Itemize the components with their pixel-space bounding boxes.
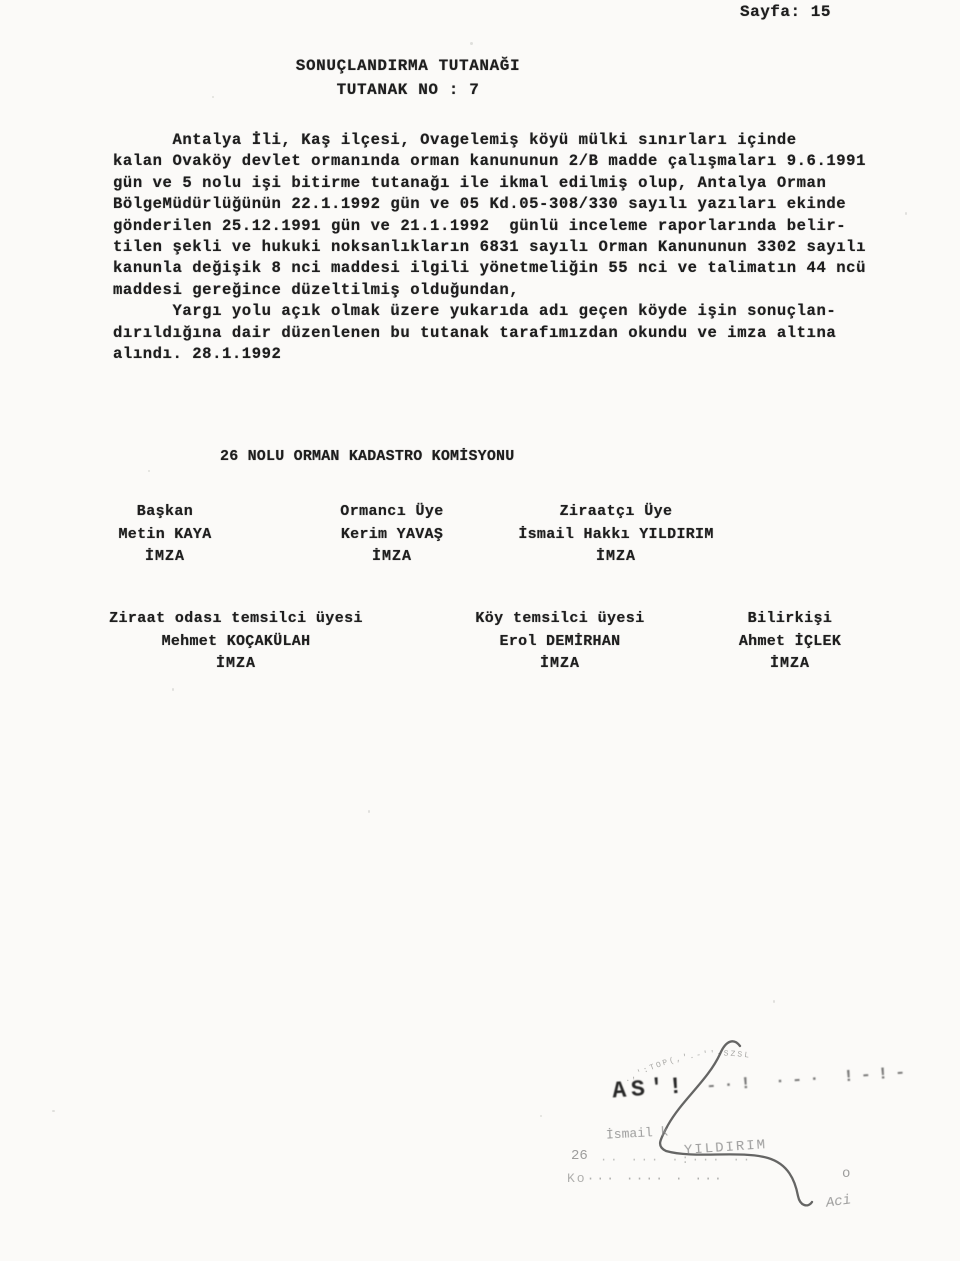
scan-noise-speck xyxy=(52,1110,55,1112)
scan-noise-speck xyxy=(148,470,150,472)
signer-block-bilirkisi: Bilirkişi Ahmet İÇLEK İMZA xyxy=(739,608,841,676)
signer-role: Başkan xyxy=(118,501,211,524)
scan-noise-speck xyxy=(905,212,907,215)
signer-name: Kerim YAVAŞ xyxy=(340,524,443,547)
stamp-o-fragment: o xyxy=(842,1166,850,1182)
document-title: SONUÇLANDIRMA TUTANAĞI xyxy=(258,54,558,78)
commission-heading: 26 NOLU ORMAN KADASTRO KOMİSYONU xyxy=(220,448,514,465)
signer-block-baskan: Başkan Metin KAYA İMZA xyxy=(118,501,211,569)
signer-name: Mehmet KOÇAKÜLAH xyxy=(109,631,363,654)
stamp-number-fragment: 26 xyxy=(571,1148,588,1164)
paragraph-line: BölgeMüdürlüğünün 22.1.1992 gün ve 05 Kd… xyxy=(113,194,913,215)
stamp-main-left: AS'! xyxy=(611,1073,688,1104)
document-subtitle: TUTANAK NO : 7 xyxy=(258,78,558,102)
scan-noise-speck xyxy=(368,810,370,813)
paragraph-line: tilen şekli ve hukuki noksanlıkların 683… xyxy=(113,237,913,258)
paragraph-line: gün ve 5 nolu işi bitirme tutanağı ile i… xyxy=(113,173,913,194)
page-number-label: Sayfa: 15 xyxy=(740,3,831,21)
signer-role: Köy temsilci üyesi xyxy=(475,608,644,631)
paragraph-line: kalan Ovaköy devlet ormanında orman kanu… xyxy=(113,151,913,172)
signer-name: İsmail Hakkı YILDIRIM xyxy=(518,524,713,547)
document-title-block: SONUÇLANDIRMA TUTANAĞI TUTANAK NO : 7 xyxy=(258,54,558,102)
scan-noise-speck xyxy=(773,1000,775,1003)
paragraph-line: kanunla değişik 8 nci maddesi ilgili yön… xyxy=(113,258,913,279)
signature-placeholder: İMZA xyxy=(340,546,443,569)
scan-noise-speck xyxy=(470,42,473,45)
signer-block-ziraatci-uye: Ziraatçı Üye İsmail Hakkı YILDIRIM İMZA xyxy=(518,501,713,569)
scan-noise-speck xyxy=(540,1115,542,1117)
signer-name: Metin KAYA xyxy=(118,524,211,547)
paragraph-line: dırıldığına dair düzenlenen bu tutanak t… xyxy=(113,323,913,344)
signature-placeholder: İMZA xyxy=(475,653,644,676)
paragraph-line: alındı. 28.1.1992 xyxy=(113,344,913,365)
signer-block-koy-temsilci: Köy temsilci üyesi Erol DEMİRHAN İMZA xyxy=(475,608,644,676)
signature-placeholder: İMZA xyxy=(109,653,363,676)
signature-placeholder: İMZA xyxy=(518,546,713,569)
paragraph-line: Yargı yolu açık olmak üzere yukarıda adı… xyxy=(113,301,913,322)
signer-block-ziraat-odasi: Ziraat odası temsilci üyesi Mehmet KOÇAK… xyxy=(109,608,363,676)
signer-name: Erol DEMİRHAN xyxy=(475,631,644,654)
signer-role: Ormancı Üye xyxy=(340,501,443,524)
signer-name: Ahmet İÇLEK xyxy=(739,631,841,654)
stamp-dots-fragment: ·· ··· ·:··· ·· xyxy=(600,1153,753,1167)
signer-role: Bilirkişi xyxy=(739,608,841,631)
signer-role: Ziraat odası temsilci üyesi xyxy=(109,608,363,631)
scan-noise-speck xyxy=(172,688,174,691)
signature-placeholder: İMZA xyxy=(118,546,211,569)
signer-role: Ziraatçı Üye xyxy=(518,501,713,524)
signature-placeholder: İMZA xyxy=(739,653,841,676)
paragraph-line: maddesi gereğince düzeltilmiş olduğundan… xyxy=(113,280,913,301)
paragraph-line: gönderilen 25.12.1991 gün ve 21.1.1992 g… xyxy=(113,216,913,237)
scanned-document-page: Sayfa: 15 SONUÇLANDIRMA TUTANAĞI TUTANAK… xyxy=(0,0,960,1261)
paragraph-line: Antalya İli, Kaş ilçesi, Ovagelemiş köyü… xyxy=(113,130,913,151)
body-paragraph: Antalya İli, Kaş ilçesi, Ovagelemiş köyü… xyxy=(113,130,913,365)
stamp-ko-fragment: Ko··· ···· · ··· xyxy=(567,1171,724,1186)
scan-noise-speck xyxy=(212,96,214,98)
signer-block-ormanci-uye: Ormancı Üye Kerim YAVAŞ İMZA xyxy=(340,501,443,569)
